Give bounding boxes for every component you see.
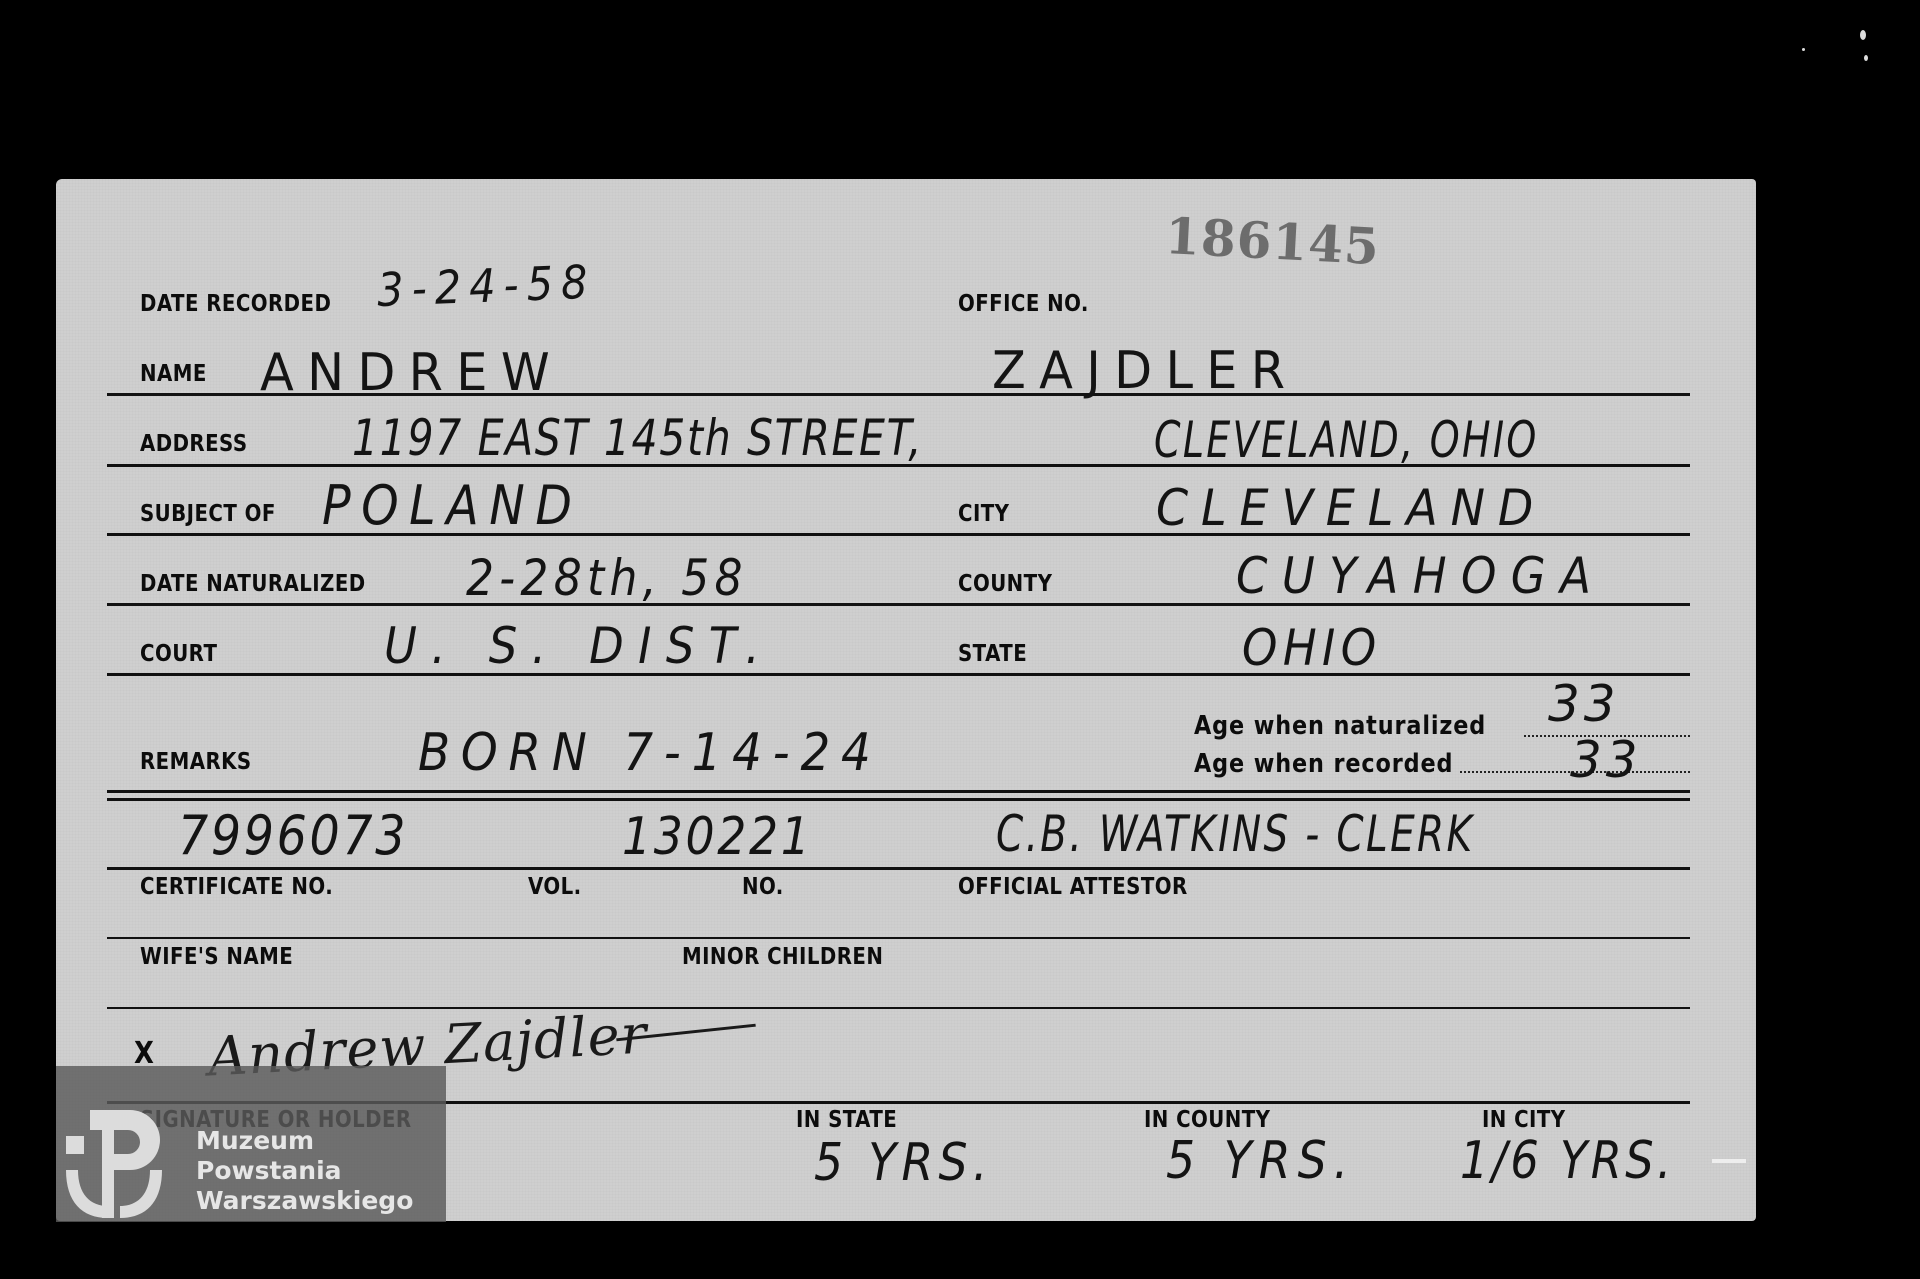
signature-x-mark: X [134,1039,154,1069]
value-official-attestor: C.B. WATKINS - CLERK [996,809,1474,859]
watermark-text: Muzeum Powstania Warszawskiego [196,1126,413,1216]
rule-line [107,1007,1690,1009]
label-wifes-name: WIFE'S NAME [140,946,293,969]
value-in-city: 1/6 YRS. [1460,1135,1675,1187]
label-age-naturalized: Age when naturalized [1194,713,1486,739]
watermark-line-2: Powstania [196,1156,413,1186]
value-date-naturalized: 2-28th, 58 [466,553,748,603]
stamp-number: 186145 [1164,211,1381,272]
value-address-street: 1197 EAST 145th STREET, [352,413,923,463]
rule-line-double-bottom [107,798,1690,801]
film-speck [1864,55,1868,61]
label-vol: VOL. [528,876,582,899]
watermark-line-1: Muzeum [196,1126,413,1156]
label-in-county: IN COUNTY [1144,1109,1270,1132]
label-official-attestor: OFFICIAL ATTESTOR [958,876,1188,899]
label-address: ADDRESS [140,433,248,456]
label-state: STATE [958,643,1027,666]
value-certificate-no: 7996073 [178,809,408,863]
label-date-recorded: DATE RECORDED [140,293,331,316]
label-court: COURT [140,643,217,666]
value-city: CLEVELAND [1156,483,1546,533]
value-first-name: ANDREW [260,347,563,399]
film-speck [1802,48,1805,51]
label-in-city: IN CITY [1482,1109,1566,1132]
film-mark [1712,1159,1746,1163]
kotwica-anchor-logo-icon [62,1110,166,1220]
value-remarks: BORN 7-14-24 [418,727,882,779]
rule-line [107,867,1690,870]
label-name: NAME [140,363,207,386]
value-address-city: CLEVELAND, OHIO [1154,415,1539,465]
value-subject-of: POLAND [322,479,583,533]
value-state: OHIO [1242,623,1382,673]
label-office-no: OFFICE NO. [958,293,1089,316]
label-remarks: REMARKS [140,751,252,774]
label-county: COUNTY [958,573,1052,596]
label-in-state: IN STATE [796,1109,897,1132]
label-minor-children: MINOR CHILDREN [682,946,883,969]
value-age-recorded: 33 [1570,735,1642,785]
value-vol-no: 130221 [622,811,813,863]
label-certificate-no: CERTIFICATE NO. [140,876,333,899]
value-county: CUYAHOGA [1236,551,1605,601]
naturalization-card: 186145 DATE RECORDED 3-24-58 OFFICE NO. … [56,179,1756,1221]
film-speck [1860,30,1866,40]
value-court: U. S. DIST. [384,621,774,671]
rule-line [107,603,1690,606]
label-age-recorded: Age when recorded [1194,751,1453,777]
rule-line [107,937,1690,939]
value-age-naturalized: 33 [1548,679,1620,729]
label-date-naturalized: DATE NATURALIZED [140,573,366,596]
rule-line [107,533,1690,536]
label-no: NO. [742,876,784,899]
value-in-state: 5 YRS. [814,1137,993,1189]
value-date-recorded: 3-24-58 [377,259,597,313]
label-city: CITY [958,503,1009,526]
label-subject-of: SUBJECT OF [140,503,276,526]
museum-watermark: Muzeum Powstania Warszawskiego [56,1066,446,1222]
value-last-name: ZAJDLER [992,345,1298,397]
watermark-line-3: Warszawskiego [196,1186,413,1216]
rule-line-double-top [107,790,1690,793]
value-in-county: 5 YRS. [1166,1135,1355,1187]
rule-line [107,464,1690,467]
rule-line [107,673,1690,676]
rule-line [107,393,1690,396]
